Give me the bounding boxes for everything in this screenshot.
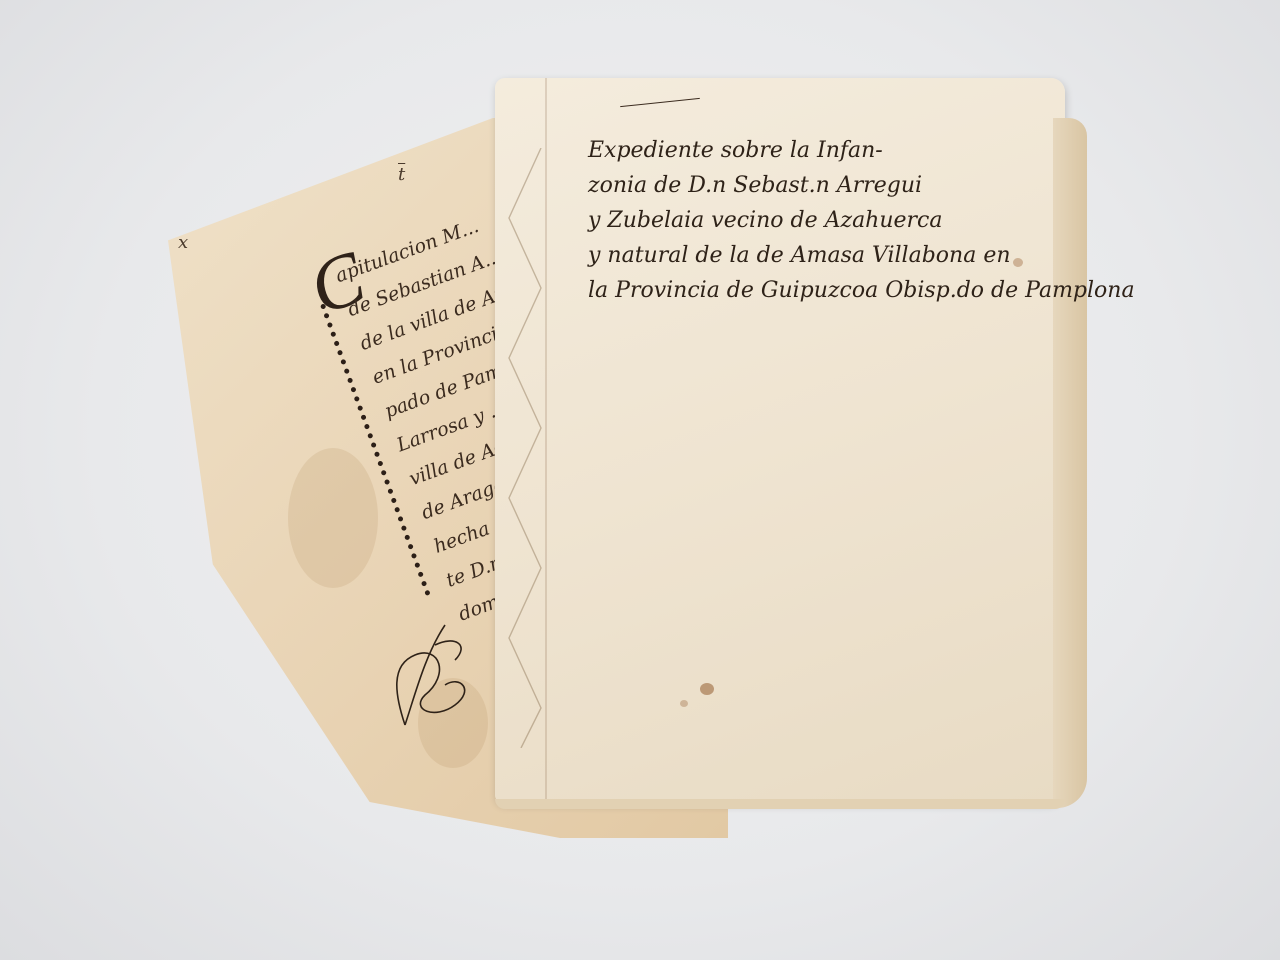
ink-stain — [700, 683, 714, 695]
front-manuscript: Expediente sobre la Infan- zonia de D.n … — [495, 78, 1065, 803]
title-line: y Zubelaia vecino de Azahuerca — [588, 203, 1048, 238]
binding-stitches — [501, 148, 545, 748]
ink-stain — [680, 700, 688, 707]
water-stain — [288, 448, 378, 588]
signature-flourish — [385, 615, 505, 735]
header-mark — [620, 98, 700, 107]
corner-mark: t — [398, 164, 405, 185]
document-title: Expediente sobre la Infan- zonia de D.n … — [588, 133, 1048, 308]
title-line: la Provincia de Guipuzcoa Obisp.do de Pa… — [588, 273, 1048, 308]
ink-stain — [1013, 258, 1023, 267]
page-bottom-edge — [495, 799, 1065, 809]
title-line: y natural de la de Amasa Villabona en — [588, 238, 1048, 273]
corner-mark: x — [178, 232, 188, 253]
page-stack-edge — [1053, 118, 1087, 808]
title-line: Expediente sobre la Infan- — [588, 133, 1048, 168]
title-line: zonia de D.n Sebast.n Arregui — [588, 168, 1048, 203]
